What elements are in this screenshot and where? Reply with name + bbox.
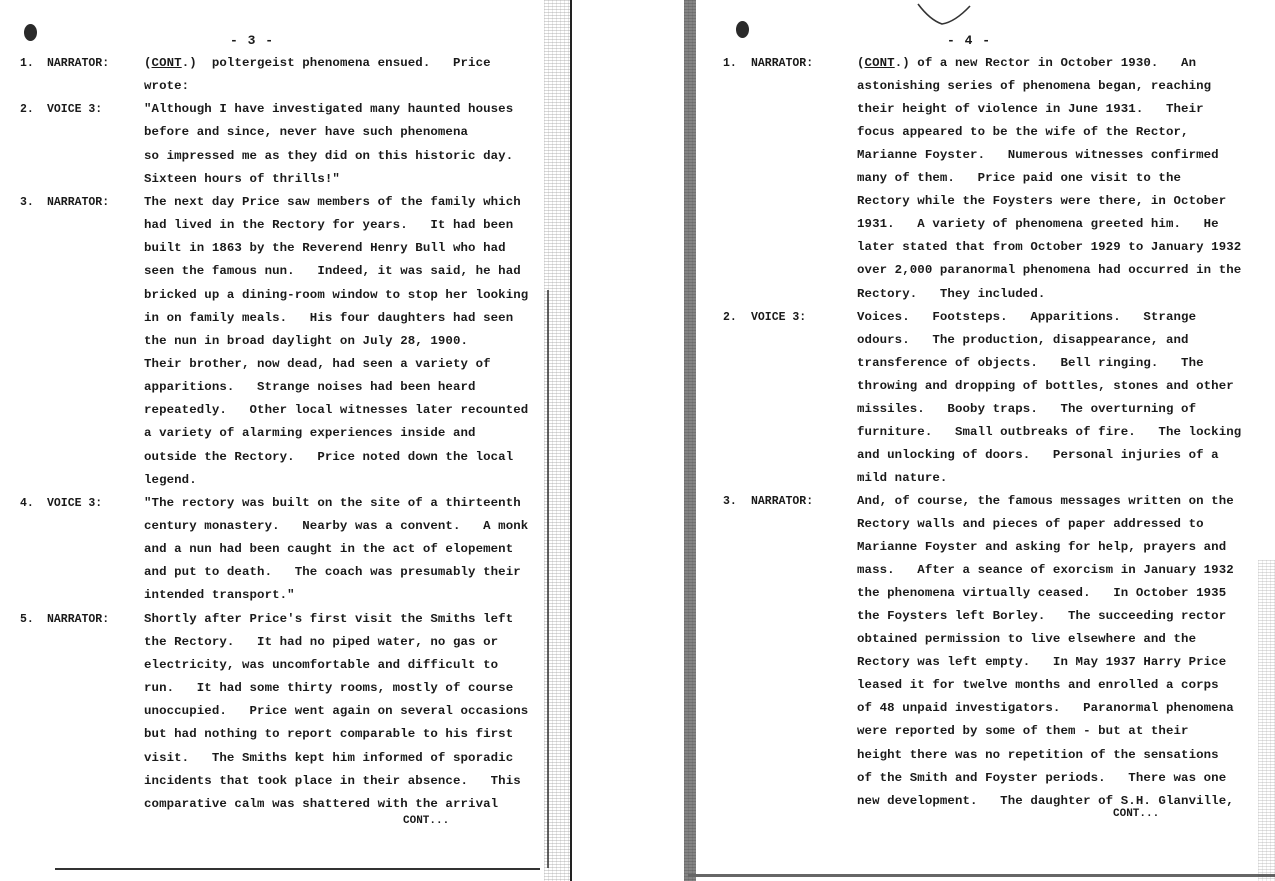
page-edge [570,0,572,881]
punch-hole [736,21,749,38]
script-line: before and since, never have such phenom… [144,121,468,144]
script-line: Rectory walls and pieces of paper addres… [857,513,1204,536]
script-line: bricked up a dining-room window to stop … [144,284,528,307]
speaker-label: NARRATOR: [47,52,109,75]
underlined-cont: CONT [152,56,182,70]
script-line: and a nun had been caught in the act of … [144,538,513,561]
script-line: Rectory was left empty. In May 1937 Harr… [857,651,1226,674]
script-line: of 48 unpaid investigators. Paranormal p… [857,697,1234,720]
script-line: in on family meals. His four daughters h… [144,307,513,330]
punch-hole [24,24,37,41]
script-line: focus appeared to be the wife of the Rec… [857,121,1189,144]
script-line: were reported by some of them - but at t… [857,720,1189,743]
page-bottom-edge [55,868,540,870]
script-line: later stated that from October 1929 to J… [857,236,1241,259]
cue-number: 2. [20,98,34,121]
script-line: Shortly after Price's first visit the Sm… [144,608,513,631]
pencil-mark [910,0,990,30]
script-line: comparative calm was shattered with the … [144,793,498,816]
script-line: wrote: [144,75,189,98]
page-edge-speckle [1258,560,1275,881]
speaker-label: NARRATOR: [751,52,813,75]
script-line: Marianne Foyster. Numerous witnesses con… [857,144,1219,167]
script-line: the Foysters left Borley. The succeeding… [857,605,1226,628]
script-line: the phenomena virtually ceased. In Octob… [857,582,1226,605]
script-line: (CONT.) of a new Rector in October 1930.… [857,52,1196,75]
script-line: and unlocking of doors. Personal injurie… [857,444,1219,467]
script-line: their height of violence in June 1931. T… [857,98,1204,121]
binding-gutter [684,0,696,881]
script-line: repeatedly. Other local witnesses later … [144,399,528,422]
script-line: century monastery. Nearby was a convent.… [144,515,528,538]
script-line: legend. [144,469,197,492]
page-number: - 3 - [230,33,274,48]
page-bottom-edge [688,874,1275,877]
script-line: the nun in broad daylight on July 28, 19… [144,330,468,353]
page-edge [547,290,549,868]
speaker-label: VOICE 3: [751,306,806,329]
script-line: obtained permission to live elsewhere an… [857,628,1196,651]
underlined-cont: CONT [865,56,895,70]
script-line: run. It had some thirty rooms, mostly of… [144,677,513,700]
script-line: Their brother, now dead, had seen a vari… [144,353,491,376]
script-line: astonishing series of phenomena began, r… [857,75,1211,98]
script-line: built in 1863 by the Reverend Henry Bull… [144,237,506,260]
cue-number: 5. [20,608,34,631]
script-line: of the Smith and Foyster periods. There … [857,767,1226,790]
speaker-label: NARRATOR: [47,191,109,214]
script-line: intended transport." [144,584,295,607]
script-line: the Rectory. It had no piped water, no g… [144,631,498,654]
script-line: Marianne Foyster and asking for help, pr… [857,536,1226,559]
script-line: unoccupied. Price went again on several … [144,700,528,723]
script-line: a variety of alarming experiences inside… [144,422,476,445]
script-line: Rectory. They included. [857,283,1045,306]
speaker-label: NARRATOR: [751,490,813,513]
script-line: height there was no repetition of the se… [857,744,1219,767]
script-line: and put to death. The coach was presumab… [144,561,521,584]
script-line: apparitions. Strange noises had been hea… [144,376,476,399]
script-line: "The rectory was built on the site of a … [144,492,521,515]
speaker-label: VOICE 3: [47,98,102,121]
script-line: furniture. Small outbreaks of fire. The … [857,421,1241,444]
script-page-3: - 3 - 1.NARRATOR:(CONT.) poltergeist phe… [0,0,548,881]
script-line: many of them. Price paid one visit to th… [857,167,1181,190]
script-line: (CONT.) poltergeist phenomena ensued. Pr… [144,52,491,75]
script-line: over 2,000 paranormal phenomena had occu… [857,259,1241,282]
script-line: "Although I have investigated many haunt… [144,98,513,121]
speaker-label: VOICE 3: [47,492,102,515]
script-line: leased it for twelve months and enrolled… [857,674,1219,697]
cue-number: 1. [723,52,737,75]
script-line: mass. After a seance of exorcism in Janu… [857,559,1234,582]
script-line: electricity, was uncomfortable and diffi… [144,654,498,677]
script-line: missiles. Booby traps. The overturning o… [857,398,1196,421]
script-line: Rectory while the Foysters were there, i… [857,190,1226,213]
script-line: throwing and dropping of bottles, stones… [857,375,1234,398]
speaker-label: NARRATOR: [47,608,109,631]
script-line: The next day Price saw members of the fa… [144,191,521,214]
script-line: 1931. A variety of phenomena greeted him… [857,213,1219,236]
script-line: mild nature. [857,467,947,490]
script-line: had lived in the Rectory for years. It h… [144,214,513,237]
script-line: new development. The daughter of S.H. Gl… [857,790,1234,813]
script-line: so impressed me as they did on this hist… [144,145,513,168]
cue-number: 3. [20,191,34,214]
cue-number: 2. [723,306,737,329]
script-line: Sixteen hours of thrills!" [144,168,340,191]
script-line: transference of objects. Bell ringing. T… [857,352,1204,375]
script-line: visit. The Smiths kept him informed of s… [144,747,513,770]
continued-marker: CONT... [403,815,449,827]
script-line: outside the Rectory. Price noted down th… [144,446,513,469]
cue-number: 3. [723,490,737,513]
script-page-4: - 4 - 1.NARRATOR:(CONT.) of a new Rector… [688,0,1275,881]
continued-marker: CONT... [1113,808,1159,820]
script-line: seen the famous nun. Indeed, it was said… [144,260,521,283]
script-line: And, of course, the famous messages writ… [857,490,1234,513]
cue-number: 1. [20,52,34,75]
script-line: odours. The production, disappearance, a… [857,329,1189,352]
script-line: Voices. Footsteps. Apparitions. Strange [857,306,1196,329]
page-number: - 4 - [947,33,991,48]
script-line: incidents that took place in their absen… [144,770,521,793]
cue-number: 4. [20,492,34,515]
script-line: but had nothing to report comparable to … [144,723,513,746]
